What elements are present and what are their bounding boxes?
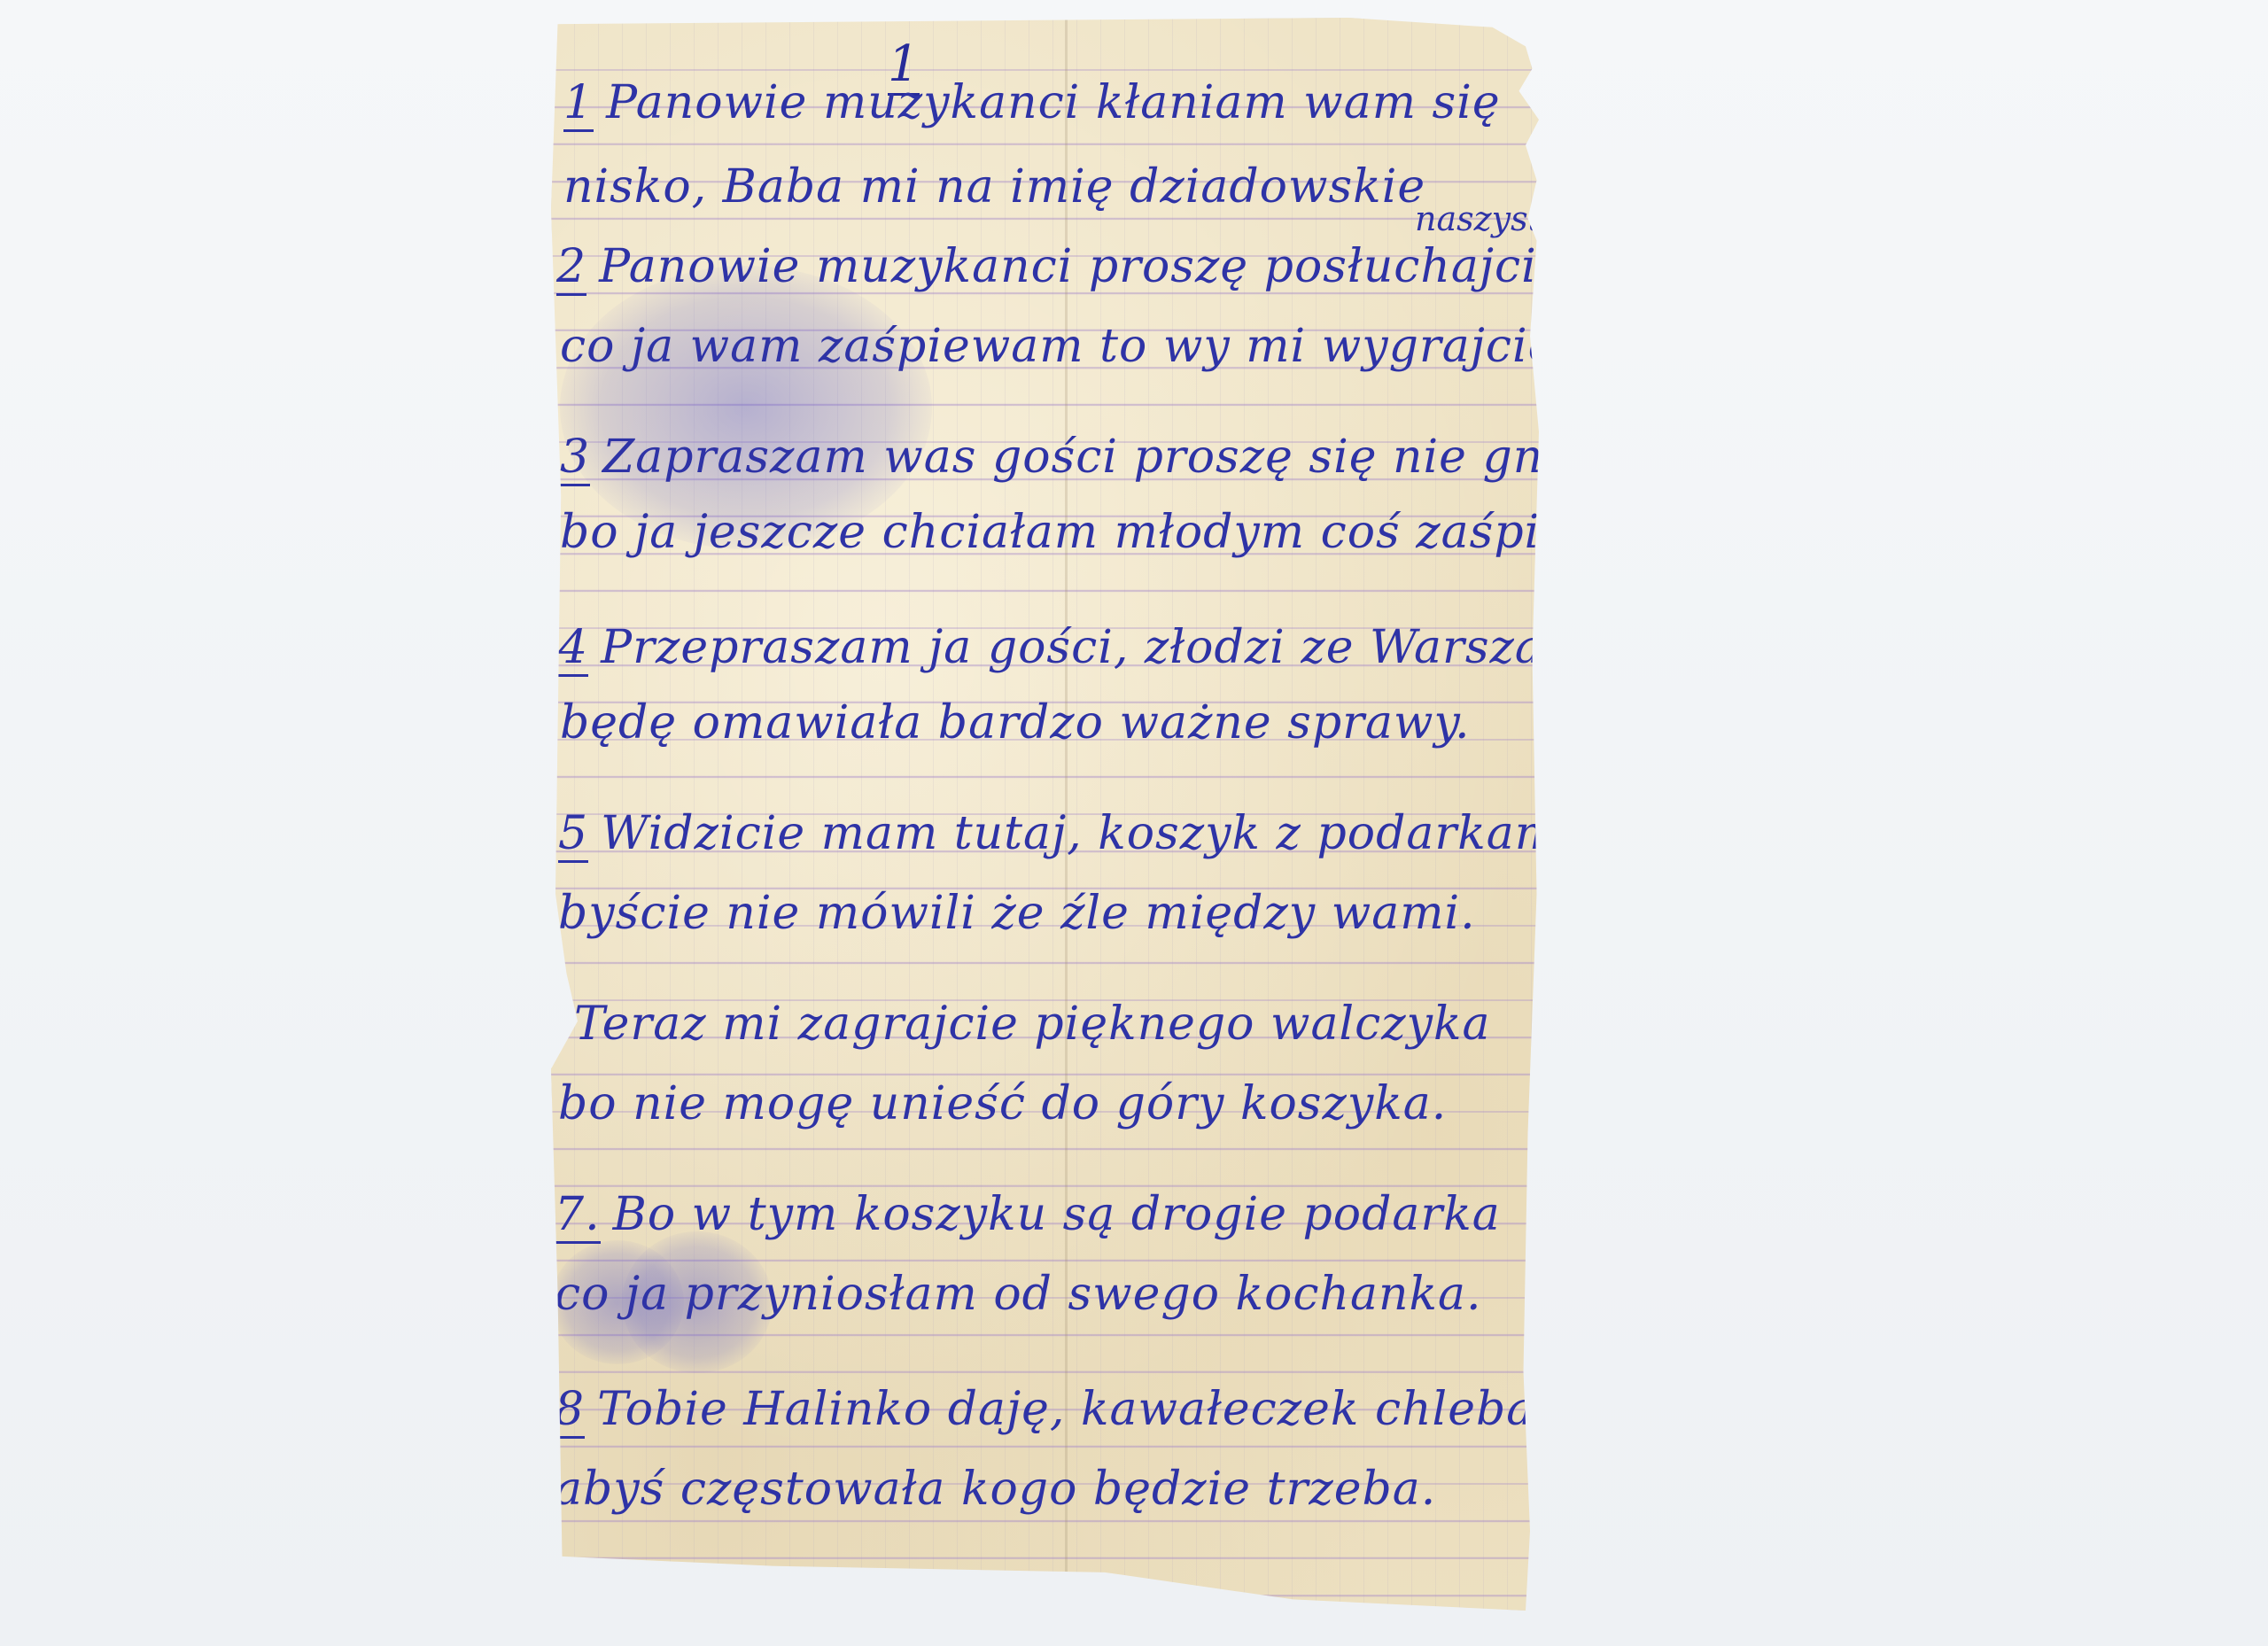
lyric-text: Zapraszam was gości proszę się nie gniew… [602, 431, 1682, 484]
stanza-number: 5 [558, 807, 588, 863]
lyric-text: abyś częstowała kogo będzie trzeba. [555, 1463, 1436, 1516]
lyric-text: Panowie muzykanci proszę posłuchajcie [599, 240, 1565, 293]
lyric-text: co ja przyniosłam od swego kochanka. [555, 1268, 1482, 1321]
stanza-number: 8 [555, 1383, 585, 1439]
lyric-text: Widzicie mam tutaj, koszyk z podarkami [601, 807, 1575, 860]
stanza-number: 2 [556, 240, 586, 296]
lyric-text: będę omawiała bardzo ważne sprawy. [560, 696, 1471, 749]
scanned-page: 1 naszystko 1Panowie muzykanci kłaniam w… [0, 0, 2268, 1646]
lyric-text: Przepraszam ja gości, złodzi ze Warszawy [601, 621, 1611, 674]
stanza-5-line-1: 5Widzicie mam tutaj, koszyk z podarkami [558, 811, 1575, 857]
stanza-number: 1 [563, 76, 594, 132]
stanza-7-line-1: 7.Bo w tym koszyku są drogie podarka [555, 1192, 1501, 1238]
stanza-8-line-2: abyś częstowała kogo będzie trzeba. [555, 1466, 1436, 1512]
lyric-text: Tobie Halinko daję, kawałeczek chleba [597, 1383, 1534, 1436]
notebook-paper: 1 naszystko 1Panowie muzykanci kłaniam w… [551, 18, 1658, 1611]
stanza-1-line-1: 1Panowie muzykanci kłaniam wam się [563, 80, 1501, 126]
lyric-text: nisko, Baba mi na imię dziadowskie [563, 160, 1425, 214]
stanza-3-line-2: bo ja jeszcze chciałam młodym coś zaśpie… [560, 509, 1664, 555]
lyric-text: Bo w tym koszyku są drogie podarka [613, 1188, 1501, 1241]
stanza-2-line-1: 2Panowie muzykanci proszę posłuchajcie [556, 244, 1565, 290]
lyric-text: co ja wam zaśpiewam to wy mi wygrajcie [560, 320, 1556, 373]
stanza-1-line-2: nisko, Baba mi na imię dziadowskie [563, 164, 1425, 210]
stanza-4-line-2: będę omawiała bardzo ważne sprawy. [560, 700, 1471, 746]
lyric-text: Panowie muzykanci kłaniam wam się [606, 76, 1501, 129]
stanza-number: 3 [560, 431, 590, 486]
stanza-4-line-1: 4Przepraszam ja gości, złodzi ze Warszaw… [558, 625, 1611, 671]
stanza-3-line-1: 3Zapraszam was gości proszę się nie gnie… [560, 434, 1682, 480]
stanza-6-line-2: bo nie mogę unieść do góry koszyka. [558, 1081, 1447, 1127]
lyric-text: bo ja jeszcze chciałam młodym coś zaśpie… [560, 506, 1664, 559]
stanza-8-line-1: 8Tobie Halinko daję, kawałeczek chleba [555, 1386, 1534, 1432]
lyric-text: bo nie mogę unieść do góry koszyka. [558, 1077, 1447, 1130]
lyric-text: Teraz mi zagrajcie pięknego walczyka [574, 998, 1491, 1051]
lyric-text: byście nie mówili że źle między wami. [558, 887, 1476, 940]
stanza-2-line-2: co ja wam zaśpiewam to wy mi wygrajcie [560, 323, 1556, 369]
stanza-number: 4 [558, 621, 588, 677]
insertion-text: naszystko [1415, 199, 1582, 238]
stanza-number: 7. [555, 1188, 601, 1244]
stanza-5-line-2: byście nie mówili że źle między wami. [558, 890, 1476, 936]
stanza-6-line-1: Teraz mi zagrajcie pięknego walczyka [574, 1001, 1491, 1047]
stanza-7-line-2: co ja przyniosłam od swego kochanka. [555, 1271, 1482, 1317]
